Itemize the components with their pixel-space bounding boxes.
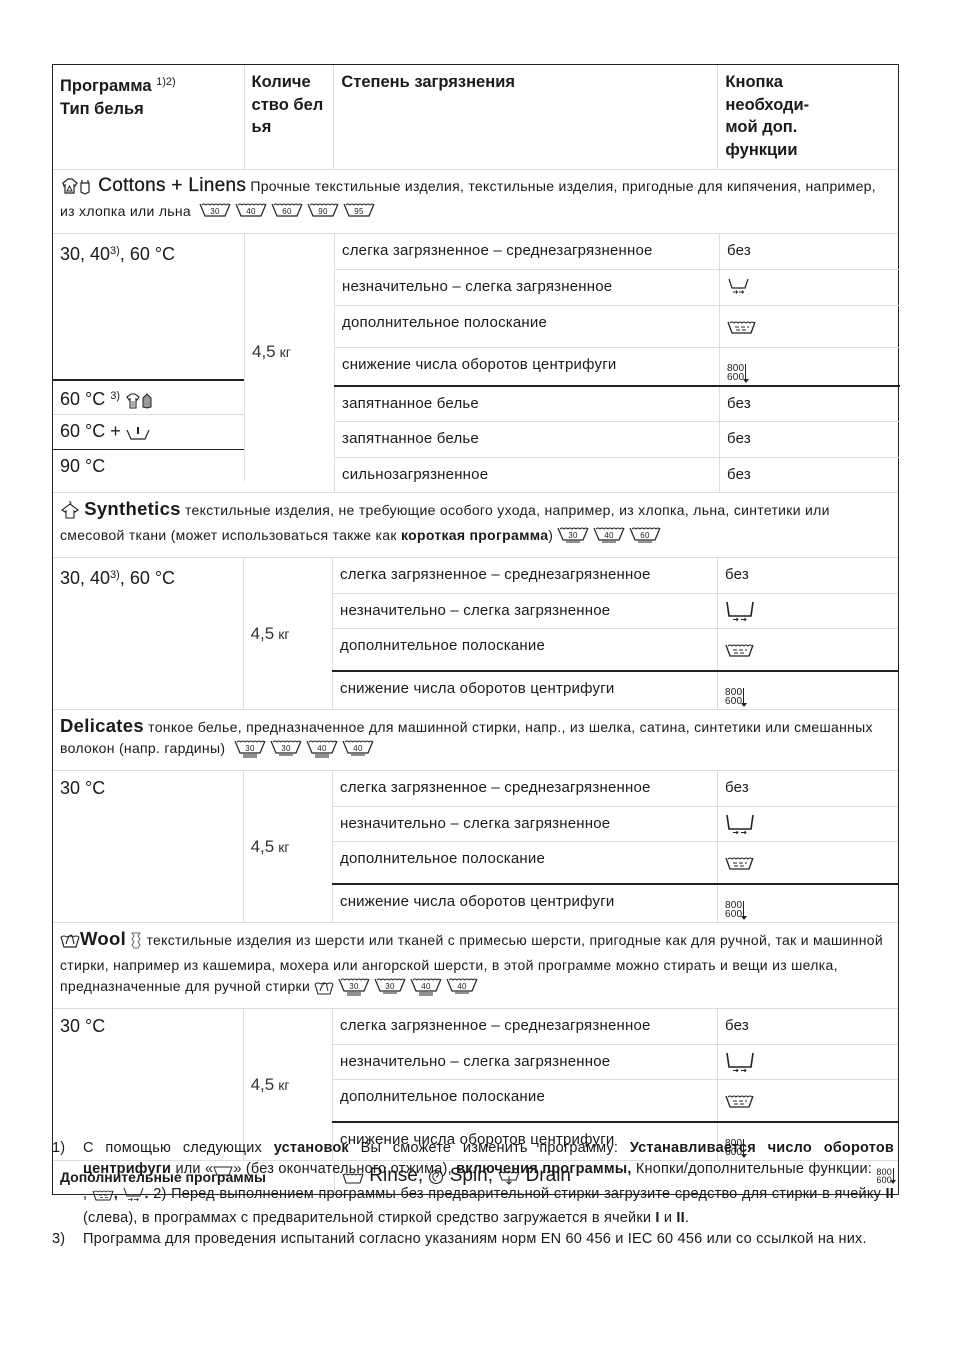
footnote-3: 3) Программа для проведения испытаний со… xyxy=(52,1229,894,1250)
option-button-cell xyxy=(717,1045,898,1079)
table-row: незначительно – слегка загрязненное xyxy=(334,269,900,305)
temp-cell: 60 °C 3) xyxy=(53,381,244,414)
table-row: незначительно – слегка загрязненное xyxy=(332,806,898,841)
wool-handwash-icon xyxy=(60,931,80,955)
wool-skein-icon xyxy=(130,931,142,955)
temp-cell: 30 °C xyxy=(53,771,243,922)
wash-temp-icon: 90 xyxy=(307,201,339,227)
table-row: дополнительное полоскание xyxy=(332,628,898,670)
svg-text:95: 95 xyxy=(354,207,364,216)
short-wash-icon xyxy=(725,813,755,842)
extra-rinse-icon xyxy=(92,1188,114,1209)
wash-temp-icon: 40 xyxy=(593,525,625,551)
wash-temp-icon: 95 xyxy=(343,201,375,227)
temp-cell: 30, 403), 60 °C xyxy=(53,234,244,379)
wash-temp-icon: 30 xyxy=(270,738,302,764)
wash-temp-icon: 40 xyxy=(306,738,338,764)
spin-reduce-icon: 800600 xyxy=(727,364,746,382)
option-button-cell: без xyxy=(717,1009,898,1044)
table-row: дополнительное полоскание xyxy=(334,305,900,347)
table-row: запятнанное бельебез xyxy=(334,421,900,457)
soil-level: снижение числа оборотов центрифуги xyxy=(332,672,717,709)
table-row: снижение числа оборотов центрифуги800600 xyxy=(332,670,898,709)
wash-temp-icon: 30 xyxy=(199,201,231,227)
short-wash-icon xyxy=(725,1051,755,1080)
section-name: Cottons + Linens xyxy=(98,175,246,196)
svg-text:40: 40 xyxy=(317,744,327,753)
svg-text:40: 40 xyxy=(422,982,432,991)
section-name: Synthetics xyxy=(84,498,181,519)
table-row: слегка загрязненное – среднезагрязненное… xyxy=(332,1009,898,1044)
table-row: дополнительное полоскание xyxy=(332,1079,898,1121)
extra-rinse-icon xyxy=(725,642,755,665)
header-quantity: Количе ство белья xyxy=(252,71,324,139)
table-row: снижение числа оборотов центрифуги800600 xyxy=(334,347,900,385)
table-row: сильнозагрязненноебез xyxy=(334,457,900,492)
footnote-1: 1) С помощью следующих установок Вы смож… xyxy=(52,1138,894,1229)
wash-temp-icon: 60 xyxy=(271,201,303,227)
wash-temp-icon: 40 xyxy=(446,976,478,1002)
soil-level: слегка загрязненное – среднезагрязненное xyxy=(332,771,717,806)
option-button-cell: без xyxy=(717,771,898,806)
svg-text:30: 30 xyxy=(210,207,220,216)
table-row: слегка загрязненное – среднезагрязненное… xyxy=(332,771,898,806)
soil-level: снижение числа оборотов центрифуги xyxy=(332,885,717,922)
section-name: Delicates xyxy=(60,715,144,736)
header-soil: Степень загрязнения xyxy=(341,73,515,91)
wash-temp-icon: 30 xyxy=(338,976,370,1002)
section-name: Wool xyxy=(80,928,126,949)
section-wool: Wool текстильные изделия из шерсти или т… xyxy=(53,922,898,1008)
svg-text:30: 30 xyxy=(245,744,255,753)
section-delicates: Delicates тонкое белье, предназначенное … xyxy=(53,709,898,770)
stain-icon xyxy=(141,392,153,414)
option-button-cell xyxy=(717,842,898,883)
shirt-icon xyxy=(125,392,141,414)
soil-level: незначительно – слегка загрязненное xyxy=(332,594,717,628)
table-row: запятнанное бельебез xyxy=(334,385,900,421)
table-header: Программа 1)2) Тип белья Количе ство бел… xyxy=(53,65,898,169)
wash-temp-icon: 30 xyxy=(234,738,266,764)
wash-temp-icon: 40 xyxy=(235,201,267,227)
svg-text:60: 60 xyxy=(282,207,292,216)
section-cottons: Cottons + Linens Прочные текстильные изд… xyxy=(53,169,898,233)
svg-text:40: 40 xyxy=(458,982,468,991)
svg-text:40: 40 xyxy=(353,744,363,753)
spin-reduce-icon: 800600 xyxy=(725,688,744,706)
table-row: снижение числа оборотов центрифуги800600 xyxy=(332,883,898,922)
prewash-icon xyxy=(126,424,150,446)
quantity-cell: 4,5кг xyxy=(244,234,334,481)
table-row: незначительно – слегка загрязненное xyxy=(332,1044,898,1079)
quantity-cell: 4,5кг xyxy=(243,558,332,709)
short-wash-icon xyxy=(123,1186,145,1209)
synthetics-icon xyxy=(60,501,80,525)
option-button-cell xyxy=(717,629,898,670)
svg-text:40: 40 xyxy=(246,207,256,216)
section-desc: тонкое белье, предназначенное для машинн… xyxy=(60,719,873,756)
svg-text:60: 60 xyxy=(641,531,651,540)
soil-level: дополнительное полоскание xyxy=(332,842,717,883)
header-program: Программа xyxy=(60,77,152,95)
table-row: незначительно – слегка загрязненное xyxy=(332,593,898,628)
spin-reduce-icon: 800600 xyxy=(725,901,744,919)
spin-reduce-icon: 800600 xyxy=(876,1168,894,1184)
option-button-cell xyxy=(717,594,898,628)
svg-text:30: 30 xyxy=(569,531,579,540)
footnotes: 1) С помощью следующих установок Вы смож… xyxy=(52,1138,894,1249)
wash-temp-icon: 40 xyxy=(410,976,442,1002)
option-button-cell: 800600 xyxy=(717,672,898,709)
quantity-cell: 4,5кг xyxy=(243,771,332,922)
option-button-cell: без xyxy=(717,558,898,593)
table-row: слегка загрязненное – среднезагрязненное… xyxy=(332,558,898,593)
svg-text:30: 30 xyxy=(281,744,291,753)
wash-temp-icon: 60 xyxy=(629,525,661,551)
option-button-cell xyxy=(717,807,898,841)
table-row: дополнительное полоскание xyxy=(332,841,898,883)
header-program-sup: 1)2) xyxy=(156,76,176,88)
table-row: слегка загрязненное – среднезагрязненное… xyxy=(334,234,900,269)
svg-text:30: 30 xyxy=(386,982,396,991)
header-type: Тип белья xyxy=(60,100,144,118)
handwash-icon xyxy=(314,979,334,1001)
svg-text:90: 90 xyxy=(318,207,328,216)
soil-level: дополнительное полоскание xyxy=(332,1080,717,1121)
wash-temp-icon: 30 xyxy=(374,976,406,1002)
soil-level: слегка загрязненное – среднезагрязненное xyxy=(332,1009,717,1044)
care-symbols: 3040609095 xyxy=(195,203,375,219)
delicates-block: 30 °C4,5кгслегка загрязненное – среднеза… xyxy=(53,770,898,922)
cottons-boil-icon xyxy=(60,177,94,201)
soil-level: незначительно – слегка загрязненное xyxy=(332,807,717,841)
section-desc-bold: короткая программа xyxy=(401,527,548,543)
wash-temp-icon: 40 xyxy=(342,738,374,764)
care-symbols: 30304040 xyxy=(334,978,478,994)
care-symbols: 304060 xyxy=(553,527,661,543)
temp-cell: 30, 403), 60 °C xyxy=(53,558,243,709)
svg-text:40: 40 xyxy=(605,531,615,540)
soil-level: слегка загрязненное – среднезагрязненное xyxy=(332,558,717,593)
extra-rinse-icon xyxy=(725,855,755,878)
synthetics-block: 30, 403), 60 °C4,5кгслегка загрязненное … xyxy=(53,557,898,709)
extra-rinse-icon xyxy=(725,1093,755,1116)
svg-text:30: 30 xyxy=(350,982,360,991)
extra-rinse-icon xyxy=(727,319,757,342)
short-wash-icon xyxy=(725,600,755,629)
temp-cell: 90 °C xyxy=(53,449,244,483)
care-symbols: 30304040 xyxy=(230,740,374,756)
section-synthetics: Synthetics текстильные изделия, не требу… xyxy=(53,492,898,557)
option-button-cell xyxy=(717,1080,898,1121)
program-table: Программа 1)2) Тип белья Количе ство бел… xyxy=(52,64,899,1195)
temp-cell: 60 °C + xyxy=(53,414,244,449)
soil-level: дополнительное полоскание xyxy=(332,629,717,670)
short-wash-icon xyxy=(727,276,751,303)
cottons-block: 30, 403), 60 °C 60 °C 3) 60 °C + 90 °C 4… xyxy=(53,233,898,492)
no-spin-icon xyxy=(213,1163,233,1184)
option-button-cell: 800600 xyxy=(717,885,898,922)
wash-temp-icon: 30 xyxy=(557,525,589,551)
soil-level: незначительно – слегка загрязненное xyxy=(332,1045,717,1079)
header-button: Кнопка необходи- мой доп. функции xyxy=(725,71,835,161)
